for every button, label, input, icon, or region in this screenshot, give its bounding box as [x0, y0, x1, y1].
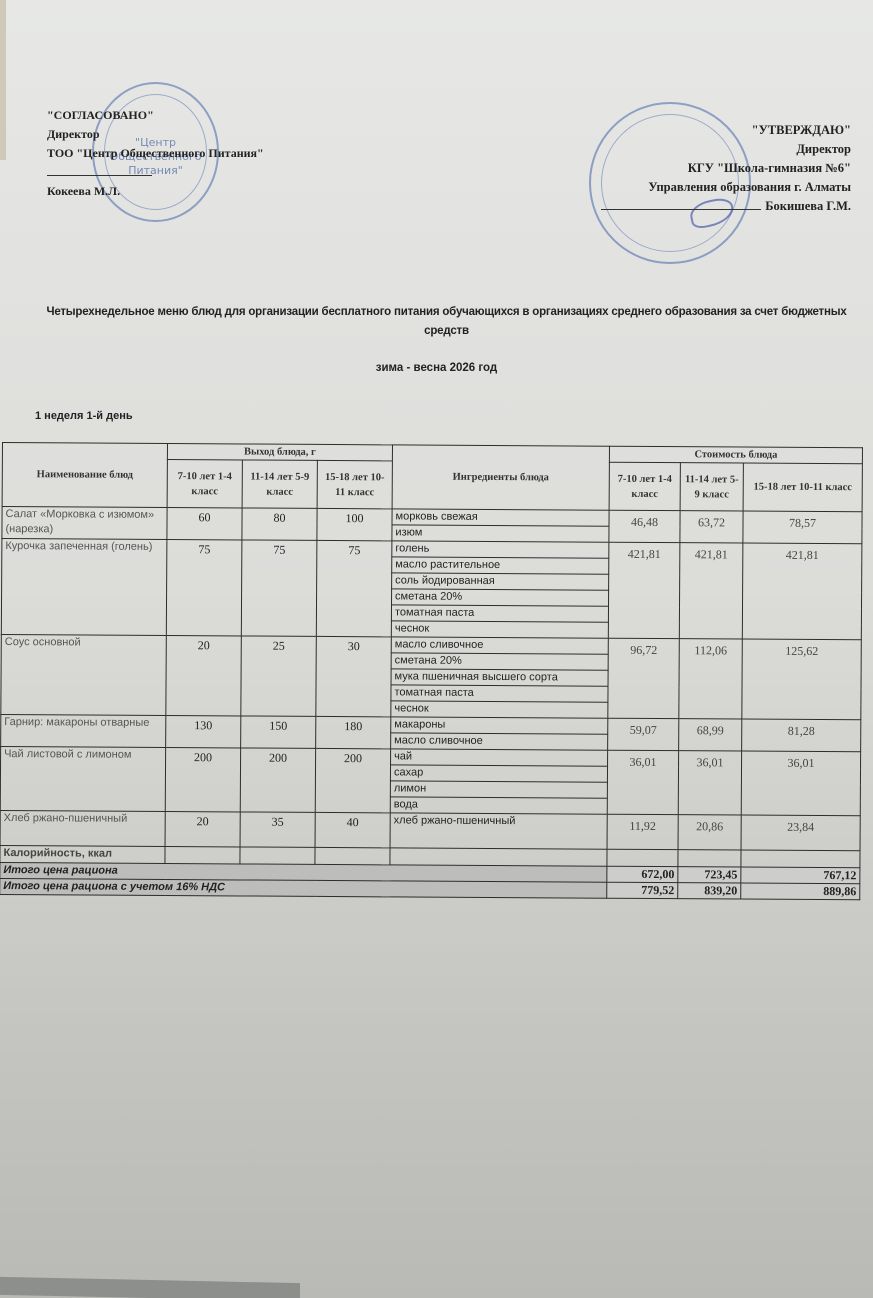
- dish-name: Гарнир: макароны отварные: [1, 714, 166, 747]
- page-bottom-edge: [0, 1277, 300, 1298]
- approval-block-right: "УТВЕРЖДАЮ" Директор КГУ "Школа-гимназия…: [601, 121, 851, 216]
- dish-cost: 59,07: [608, 718, 679, 750]
- dish-yield: 75: [166, 540, 242, 636]
- dish-name: Чай листовой с лимоном: [0, 746, 165, 811]
- header-yield-col: 11-14 лет 5-9 класс: [242, 460, 317, 508]
- approval-right-org: КГУ "Школа-гимназия №6": [601, 159, 851, 178]
- approval-right-position: Директор: [601, 140, 851, 159]
- dish-cost: 81,28: [742, 719, 861, 752]
- dish-name: Курочка запеченная (голень): [1, 539, 167, 636]
- header-cost-col: 11-14 лет 5-9 класс: [680, 463, 743, 511]
- dish-cost: 421,81: [608, 542, 680, 638]
- approval-right-dept: Управления образования г. Алматы: [601, 178, 851, 197]
- dish-cost: 20,86: [678, 815, 741, 850]
- menu-table: Наименование блюд Выход блюда, г Ингреди…: [0, 442, 863, 900]
- header-yield-group: Выход блюда, г: [167, 444, 392, 461]
- dish-yield: 75: [316, 540, 392, 636]
- total-value: 767,12: [741, 867, 860, 884]
- dish-cost: 78,57: [743, 511, 862, 544]
- signature-line: [601, 199, 761, 210]
- table-row: Хлеб ржано-пшеничный203540хлеб ржано-пше…: [0, 810, 860, 850]
- dish-cost: 421,81: [742, 543, 862, 640]
- approval-right-name: Бокишева Г.М.: [765, 199, 851, 213]
- dish-yield: 80: [242, 508, 317, 540]
- ingredient: хлеб ржано-пшеничный: [390, 813, 607, 849]
- dish-yield: 35: [240, 812, 315, 847]
- dish-yield: 20: [166, 636, 241, 716]
- ingredient: чай: [391, 749, 608, 766]
- ingredient: морковь свежая: [392, 509, 609, 526]
- header-yield-col: 15-18 лет 10-11 класс: [317, 460, 392, 508]
- dish-yield: 20: [165, 812, 240, 847]
- page-edge: [0, 0, 6, 160]
- approval-block-left: "СОГЛАСОВАНО" Директор ТОО "Центр Общест…: [47, 106, 264, 201]
- header-ingredients: Ингредиенты блюда: [392, 445, 609, 510]
- dish-cost: 63,72: [680, 511, 743, 543]
- ingredient: лимон: [390, 781, 607, 798]
- day-label: 1 неделя 1-й день: [35, 410, 133, 422]
- approval-right-title: "УТВЕРЖДАЮ": [601, 121, 851, 140]
- dish-yield: 200: [240, 748, 315, 812]
- document-title: Четырехнедельное меню блюд для организац…: [30, 303, 863, 341]
- total-vat-label: Итого цена рациона с учетом 16% НДС: [0, 878, 607, 898]
- approval-left-name: Кокеева М.Л.: [47, 182, 264, 201]
- header-cost-group: Стоимость блюда: [609, 446, 862, 464]
- dish-cost: 46,48: [609, 510, 680, 542]
- header-cost-col: 15-18 лет 10-11 класс: [743, 463, 862, 512]
- total-vat-value: 839,20: [678, 883, 741, 899]
- dish-yield: 25: [241, 636, 316, 716]
- dish-yield: 40: [315, 812, 390, 847]
- dish-yield: 150: [241, 716, 316, 748]
- dish-yield: 200: [165, 748, 240, 812]
- ingredient: вода: [390, 797, 607, 814]
- total-value: 723,45: [678, 867, 741, 883]
- dish-cost: 421,81: [679, 543, 743, 639]
- dish-yield: 30: [316, 636, 391, 716]
- approval-left-position: Директор: [47, 125, 264, 144]
- ingredient: томатная паста: [391, 685, 608, 702]
- ingredient: масло сливочное: [391, 637, 608, 654]
- ingredient: сахар: [390, 765, 607, 782]
- dish-cost: 125,62: [742, 639, 861, 720]
- ingredient: чеснок: [391, 621, 608, 638]
- dish-cost: 36,01: [607, 750, 678, 814]
- dish-yield: 180: [316, 716, 391, 748]
- document-season: зима - весна 2026 год: [0, 362, 873, 374]
- total-vat-value: 889,86: [741, 883, 860, 900]
- ingredient: чеснок: [391, 701, 608, 718]
- dish-cost: 11,92: [607, 814, 678, 849]
- ingredient: масло растительное: [392, 557, 609, 574]
- approval-left-org: ТОО "Центр Общественного Питания": [47, 144, 264, 163]
- header-dish-name: Наименование блюд: [2, 443, 167, 508]
- dish-cost: 23,84: [741, 815, 860, 851]
- dish-yield: 100: [317, 508, 392, 540]
- dish-cost: 112,06: [679, 639, 742, 719]
- dish-cost: 68,99: [679, 719, 742, 751]
- ingredient: соль йодированная: [392, 573, 609, 590]
- header-cost-col: 7-10 лет 1-4 класс: [609, 462, 680, 510]
- dish-yield: 130: [166, 716, 241, 748]
- ingredient: сметана 20%: [392, 589, 609, 606]
- dish-yield: 60: [167, 508, 242, 540]
- signature-line: [47, 165, 152, 176]
- header-yield-col: 7-10 лет 1-4 класс: [167, 460, 242, 508]
- dish-name: Салат «Морковка с изюмом» (нарезка): [2, 507, 167, 540]
- dish-cost: 36,01: [741, 751, 860, 816]
- dish-name: Хлеб ржано-пшеничный: [0, 810, 165, 846]
- dish-yield: 75: [241, 540, 317, 636]
- ingredient: голень: [392, 541, 609, 558]
- ingredient: томатная паста: [391, 605, 608, 622]
- calories-label: Калорийность, ккал: [0, 845, 165, 863]
- dish-cost: 36,01: [678, 751, 741, 815]
- ingredient: макароны: [391, 717, 608, 734]
- total-value: 672,00: [607, 866, 678, 882]
- dish-yield: 200: [315, 748, 390, 812]
- total-vat-value: 779,52: [607, 882, 678, 898]
- dish-name: Соус основной: [1, 634, 166, 715]
- dish-cost: 96,72: [608, 638, 679, 718]
- approval-left-title: "СОГЛАСОВАНО": [47, 106, 264, 125]
- ingredient: масло сливочное: [391, 733, 608, 750]
- ingredient: мука пшеничная высшего сорта: [391, 669, 608, 686]
- ingredient: изюм: [392, 525, 609, 542]
- ingredient: сметана 20%: [391, 653, 608, 670]
